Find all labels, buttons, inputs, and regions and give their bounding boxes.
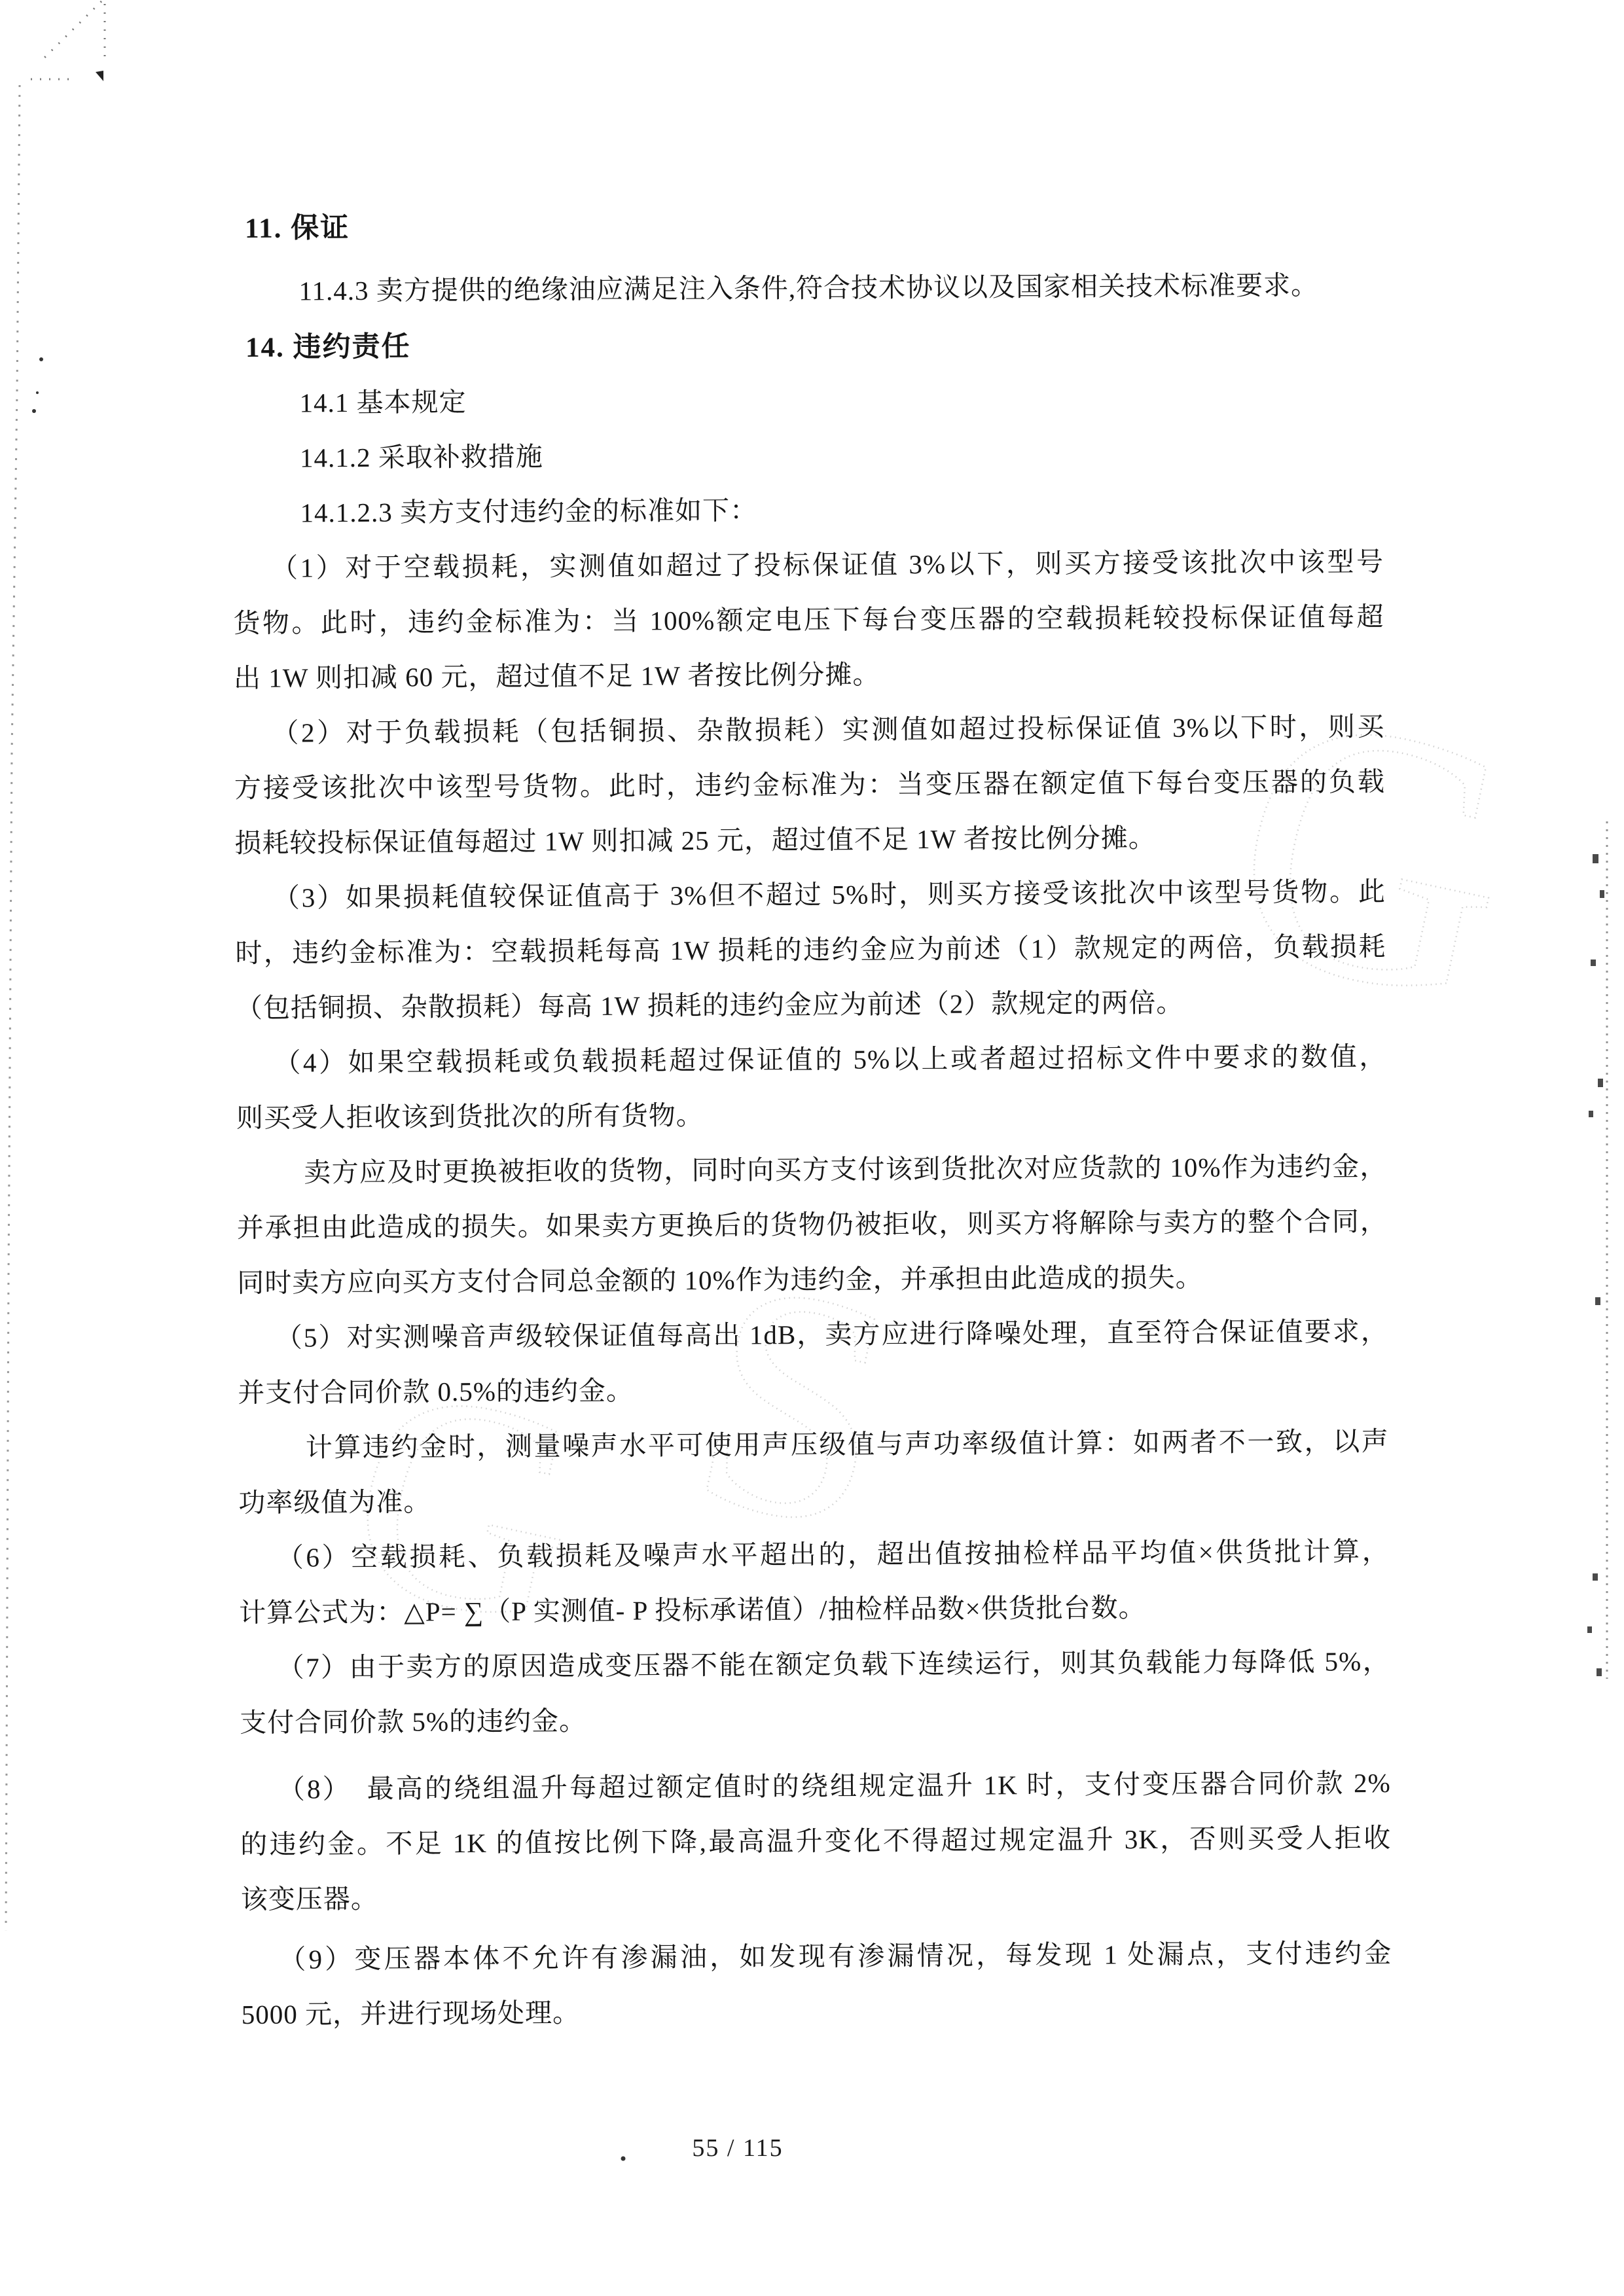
text-line: 并支付合同价款 0.5%的违约金。 (238, 1359, 1388, 1420)
text-line: （7）由于卖方的原因造成变压器不能在额定负载下连续运行，则其负载能力每降低 5%… (277, 1634, 1390, 1695)
text-line: （1）对于空载损耗，实测值如超过了投标保证值 3%以下，则买方接受该批次中该型号 (271, 534, 1384, 596)
document-page: GSG (0, 0, 1624, 2296)
text-line: 时，违约金标准为：空载损耗每高 1W 损耗的违约金应为前述（1）款规定的两倍，负… (235, 919, 1386, 980)
text-line: 则买受人拒收该到货批次的所有货物。 (236, 1084, 1387, 1145)
text-line: 14.1.2.3 卖方支付违约金的标准如下： (300, 479, 1383, 541)
text-line: 货物。此时，违约金标准为：当 100%额定电压下每台变压器的空载损耗较投标保证值… (233, 589, 1384, 651)
text-line: 损耗较投标保证值每超过 1W 则扣减 25 元，超过值不足 1W 者按比例分摊。 (234, 809, 1385, 870)
text-line: （3）如果损耗值较保证值高于 3%但不超过 5%时，则买方接受该批次中该型号货物… (273, 864, 1386, 925)
text-line: 的违约金。不足 1K 的值按比例下降,最高温升变化不得超过规定温升 3K，否则买… (240, 1810, 1391, 1872)
text-line: （8） 最高的绕组温升每超过额定值时的绕组规定温升 1K 时，支付变压器合同价款… (278, 1755, 1391, 1817)
document-content: 11. 保证11.4.3 卖方提供的绝缘油应满足注入条件,符合技术协议以及国家相… (0, 194, 1624, 2043)
text-line: 同时卖方应向买方支付合同总金额的 10%作为违约金，并承担由此造成的损失。 (237, 1249, 1388, 1310)
text-line: 方接受该批次中该型号货物。此时，违约金标准为：当变压器在额定值下每台变压器的负载 (234, 754, 1385, 816)
text-line: 计算违约金时，测量噪声水平可使用声压级值与声功率级值计算：如两者不一致，以声 (306, 1414, 1389, 1475)
text-line: 计算公式为：△P= ∑（P 实测值- P 投标承诺值）/抽检样品数×供货批台数。 (239, 1579, 1390, 1640)
text-line: （包括铜损、杂散损耗）每高 1W 损耗的违约金应为前述（2）款规定的两倍。 (236, 974, 1386, 1035)
text-line: 14.1 基本规定 (299, 369, 1382, 431)
text-line: 功率级值为准。 (238, 1469, 1389, 1530)
text-line: （6）空载损耗、负载损耗及噪声水平超出的，超出值按抽检样品平均值×供货批计算， (276, 1524, 1389, 1585)
text-line: 14.1.2 采取补救措施 (300, 424, 1383, 486)
section-heading: 11. 保证 (245, 194, 1618, 257)
section-heading: 14. 违约责任 (245, 313, 1619, 376)
scan-noise-top-left (31, 1, 105, 79)
text-line: （2）对于负载损耗（包括铜损、杂散损耗）实测值如超过投标保证值 3%以下时，则买 (272, 699, 1384, 761)
corner-mark (96, 71, 103, 81)
text-line: （9）变压器本体不允许有渗漏油，如发现有渗漏情况，每发现 1 处漏点，支付违约金 (279, 1926, 1392, 1987)
text-line: 支付合同价款 5%的违约金。 (240, 1689, 1390, 1750)
text-line: （4）如果空载损耗或负载损耗超过保证值的 5%以上或者超过招标文件中要求的数值， (274, 1029, 1386, 1090)
footer-left-dot (621, 2157, 626, 2161)
text-line: 5000 元，并进行现场处理。 (242, 1981, 1392, 2042)
text-line: 卖方应及时更换被拒收的货物，同时向买方支付该到货批次对应货款的 10%作为违约金… (304, 1139, 1387, 1200)
page-number: 55 / 115 (653, 2128, 823, 2168)
text-line: 该变压器。 (240, 1865, 1391, 1927)
text-line: （5）对实测噪音声级较保证值每高出 1dB，卖方应进行降噪处理，直至符合保证值要… (276, 1304, 1388, 1365)
text-line: 并承担由此造成的损失。如果卖方更换后的货物仍被拒收，则买方将解除与卖方的整个合同… (237, 1194, 1388, 1255)
text-line: 出 1W 则扣减 60 元，超过值不足 1W 者按比例分摊。 (234, 644, 1384, 706)
text-line: 11.4.3 卖方提供的绝缘油应满足注入条件,符合技术协议以及国家相关技术标准要… (298, 257, 1382, 319)
